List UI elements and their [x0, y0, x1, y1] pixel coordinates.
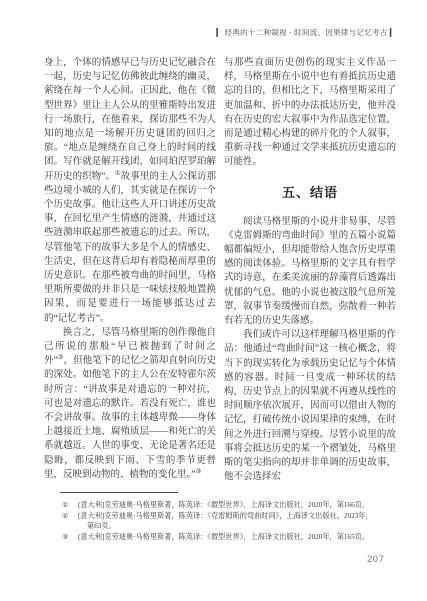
footnote-reference: ① — [115, 169, 121, 176]
footnote-reference: ③ — [195, 468, 201, 475]
footnote-marker: ② — [62, 511, 68, 522]
header-bar-right-icon: ▎ — [390, 28, 396, 37]
running-header: ▎ 经典的十二种凝视 · 时间流、因果律与记忆考古 ▎ — [216, 27, 396, 38]
section-heading: 五、结语 — [224, 183, 396, 202]
footnote-marker: ① — [62, 500, 68, 511]
footnote-item-continuation: 第63页。 — [44, 521, 396, 532]
footnote-marker: ③ — [62, 532, 68, 543]
document-page: ▎ 经典的十二种凝视 · 时间流、因果律与记忆考古 ▎ 身上，个体的情感早已与历… — [0, 0, 427, 601]
paragraph: 我们或许可以这样理解马格里斯的作品：他通过“弯曲时间”这一核心概念，将当下的现实… — [224, 328, 396, 484]
paragraph: 换言之，尽管马格里斯的创作像他自己所说的那般“早已被抛到了时间之外”②，但他笔下… — [44, 326, 216, 482]
footnotes-section: ①[意大利]克劳迪奥·马格里斯著，陈英译：《微型世界》，上海译文出版社，2020… — [44, 492, 396, 542]
footnote-item: ③[意大利]克劳迪奥·马格里斯著，陈英译：《微型世界》，上海译文出版社，2020… — [44, 532, 396, 543]
footnote-reference: ② — [58, 354, 64, 361]
page-number: 207 — [367, 554, 384, 565]
header-bar-left-icon: ▎ — [216, 28, 222, 37]
running-header-title: 经典的十二种凝视 · 时间流、因果律与记忆考古 — [225, 28, 388, 37]
paragraph: 阅读马格里斯的小说并非易事，尽管《克雷姆斯的弯曲时间》里的五篇小说篇幅都偏短小，… — [224, 215, 396, 329]
right-column: 与那些直面历史创伤的现实主义作品一样，马格里斯在小说中也有着抵抗历史遗忘的目的，… — [224, 56, 396, 484]
footnote-item: ①[意大利]克劳迪奥·马格里斯著，陈英译：《微型世界》，上海译文出版社，2020… — [44, 500, 396, 511]
footnote-item: ②[意大利]克劳迪奥·马格里斯著，陈英译：《克雷姆斯的弯曲时间》，上海译文出版社… — [44, 511, 396, 522]
paragraph: 身上，个体的情感早已与历史记忆融合在一起，历史与记忆仿佛彼此缠绕的幽灵，萦绕在每… — [44, 56, 216, 326]
left-column: 身上，个体的情感早已与历史记忆融合在一起，历史与记忆仿佛彼此缠绕的幽灵，萦绕在每… — [44, 56, 216, 484]
paragraph: 与那些直面历史创伤的现实主义作品一样，马格里斯在小说中也有着抵抗历史遗忘的目的，… — [224, 56, 396, 170]
footnote-divider — [60, 492, 178, 493]
footnote-list: ①[意大利]克劳迪奥·马格里斯著，陈英译：《微型世界》，上海译文出版社，2020… — [44, 500, 396, 542]
body-columns: 身上，个体的情感早已与历史记忆融合在一起，历史与记忆仿佛彼此缠绕的幽灵，萦绕在每… — [44, 56, 396, 484]
